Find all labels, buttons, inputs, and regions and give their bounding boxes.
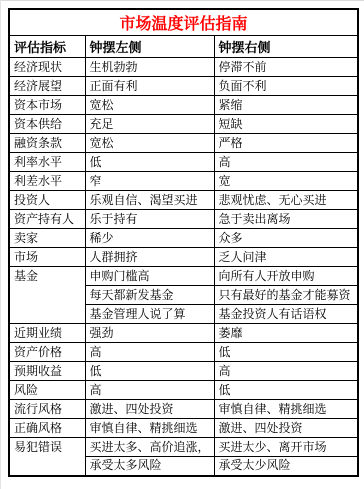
pendulum-left-cell: 高 xyxy=(85,343,214,362)
pendulum-left-cell: 审慎自律、精挑细选 xyxy=(85,419,214,438)
pendulum-right-cell: 萎靡 xyxy=(214,324,358,343)
pendulum-left-cell: 强劲 xyxy=(85,324,214,343)
pendulum-right-cell: 低 xyxy=(214,381,358,400)
indicator-cell: 预期收益 xyxy=(9,362,85,381)
indicator-cell: 资产持有人 xyxy=(9,210,85,229)
table-title: 市场温度评估指南 xyxy=(9,9,358,36)
page: 市场温度评估指南 评估指标钟摆左侧钟摆右侧 经济现状生机勃勃停滞不前经济展望正面… xyxy=(1,1,364,477)
pendulum-right-cell: 急于卖出离场 xyxy=(214,210,358,229)
pendulum-right-cell: 负面不利 xyxy=(214,77,358,96)
column-header-row: 评估指标钟摆左侧钟摆右侧 xyxy=(9,36,358,58)
indicator-cell: 经济现状 xyxy=(9,58,85,77)
table-row: 资产持有人乐于持有急于卖出离场 xyxy=(9,210,358,229)
pendulum-right-cell: 高 xyxy=(214,153,358,172)
pendulum-right-cell: 众多 xyxy=(214,229,358,248)
indicator-cell: 资产价格 xyxy=(9,343,85,362)
indicator-cell: 投资人 xyxy=(9,191,85,210)
pendulum-left-cell: 人群拥挤 xyxy=(85,248,214,267)
table-row: 资本供给充足短缺 xyxy=(9,115,358,134)
table-row: 基金申购门槛高向所有人开放申购 xyxy=(9,267,358,286)
pendulum-left-cell: 承受太多风险 xyxy=(85,457,214,476)
pendulum-right-cell: 低 xyxy=(214,343,358,362)
pendulum-right-cell: 基金投资人有话语权 xyxy=(214,305,358,324)
column-header-1: 评估指标 xyxy=(9,36,85,58)
table-row: 易犯错误买进太多、高价追涨，买进太少、离开市场 xyxy=(9,438,358,457)
indicator-cell: 利差水平 xyxy=(9,172,85,191)
table-row: 资产价格高低 xyxy=(9,343,358,362)
pendulum-left-cell: 高 xyxy=(85,381,214,400)
indicator-cell: 卖家 xyxy=(9,229,85,248)
indicator-cell: 基金 xyxy=(9,267,85,324)
pendulum-right-cell: 宽 xyxy=(214,172,358,191)
table-row: 资本市场宽松紧缩 xyxy=(9,96,358,115)
pendulum-right-cell: 买进太少、离开市场 xyxy=(214,438,358,457)
indicator-cell: 风险 xyxy=(9,381,85,400)
pendulum-left-cell: 申购门槛高 xyxy=(85,267,214,286)
title-row: 市场温度评估指南 xyxy=(9,9,358,36)
indicator-cell: 流行风格 xyxy=(9,400,85,419)
pendulum-right-cell: 紧缩 xyxy=(214,96,358,115)
indicator-cell: 近期业绩 xyxy=(9,324,85,343)
table-row: 风险高低 xyxy=(9,381,358,400)
indicator-cell: 经济展望 xyxy=(9,77,85,96)
pendulum-left-cell: 乐于持有 xyxy=(85,210,214,229)
table-row: 利差水平窄宽 xyxy=(9,172,358,191)
pendulum-left-cell: 低 xyxy=(85,153,214,172)
pendulum-left-cell: 正面有利 xyxy=(85,77,214,96)
table-row: 流行风格激进、四处投资审慎自律、精挑细选 xyxy=(9,400,358,419)
pendulum-left-cell: 宽松 xyxy=(85,134,214,153)
pendulum-right-cell: 只有最好的基金才能募资 xyxy=(214,286,358,305)
table-row: 经济现状生机勃勃停滞不前 xyxy=(9,58,358,77)
indicator-cell: 融资条款 xyxy=(9,134,85,153)
indicator-cell: 利率水平 xyxy=(9,153,85,172)
pendulum-right-cell: 严格 xyxy=(214,134,358,153)
pendulum-left-cell: 低 xyxy=(85,362,214,381)
pendulum-left-cell: 乐观自信、渴望买进 xyxy=(85,191,214,210)
table-row: 经济展望正面有利负面不利 xyxy=(9,77,358,96)
column-header-3: 钟摆右侧 xyxy=(214,36,358,58)
table-row: 融资条款宽松严格 xyxy=(9,134,358,153)
indicator-cell: 资本市场 xyxy=(9,96,85,115)
table-row: 卖家稀少众多 xyxy=(9,229,358,248)
pendulum-left-cell: 充足 xyxy=(85,115,214,134)
indicator-cell: 资本供给 xyxy=(9,115,85,134)
pendulum-right-cell: 停滞不前 xyxy=(214,58,358,77)
pendulum-right-cell: 高 xyxy=(214,362,358,381)
pendulum-right-cell: 承受太少风险 xyxy=(214,457,358,476)
indicator-cell: 正确风格 xyxy=(9,419,85,438)
pendulum-left-cell: 稀少 xyxy=(85,229,214,248)
table-row: 投资人乐观自信、渴望买进悲观忧虑、无心买进 xyxy=(9,191,358,210)
pendulum-right-cell: 向所有人开放申购 xyxy=(214,267,358,286)
pendulum-left-cell: 宽松 xyxy=(85,96,214,115)
pendulum-left-cell: 窄 xyxy=(85,172,214,191)
table-row: 预期收益低高 xyxy=(9,362,358,381)
pendulum-right-cell: 激进、四处投资 xyxy=(214,419,358,438)
indicator-cell: 市场 xyxy=(9,248,85,267)
pendulum-left-cell: 基金管理人说了算 xyxy=(85,305,214,324)
pendulum-right-cell: 悲观忧虑、无心买进 xyxy=(214,191,358,210)
market-temperature-table: 市场温度评估指南 评估指标钟摆左侧钟摆右侧 经济现状生机勃勃停滞不前经济展望正面… xyxy=(8,8,359,477)
pendulum-right-cell: 短缺 xyxy=(214,115,358,134)
pendulum-left-cell: 每天都新发基金 xyxy=(85,286,214,305)
column-header-2: 钟摆左侧 xyxy=(85,36,214,58)
pendulum-right-cell: 审慎自律、精挑细选 xyxy=(214,400,358,419)
table-row: 正确风格审慎自律、精挑细选激进、四处投资 xyxy=(9,419,358,438)
pendulum-left-cell: 买进太多、高价追涨， xyxy=(85,438,214,457)
pendulum-right-cell: 乏人问津 xyxy=(214,248,358,267)
table-row: 利率水平低高 xyxy=(9,153,358,172)
pendulum-left-cell: 激进、四处投资 xyxy=(85,400,214,419)
table-row: 近期业绩强劲萎靡 xyxy=(9,324,358,343)
pendulum-left-cell: 生机勃勃 xyxy=(85,58,214,77)
table-row: 市场人群拥挤乏人问津 xyxy=(9,248,358,267)
indicator-cell: 易犯错误 xyxy=(9,438,85,476)
